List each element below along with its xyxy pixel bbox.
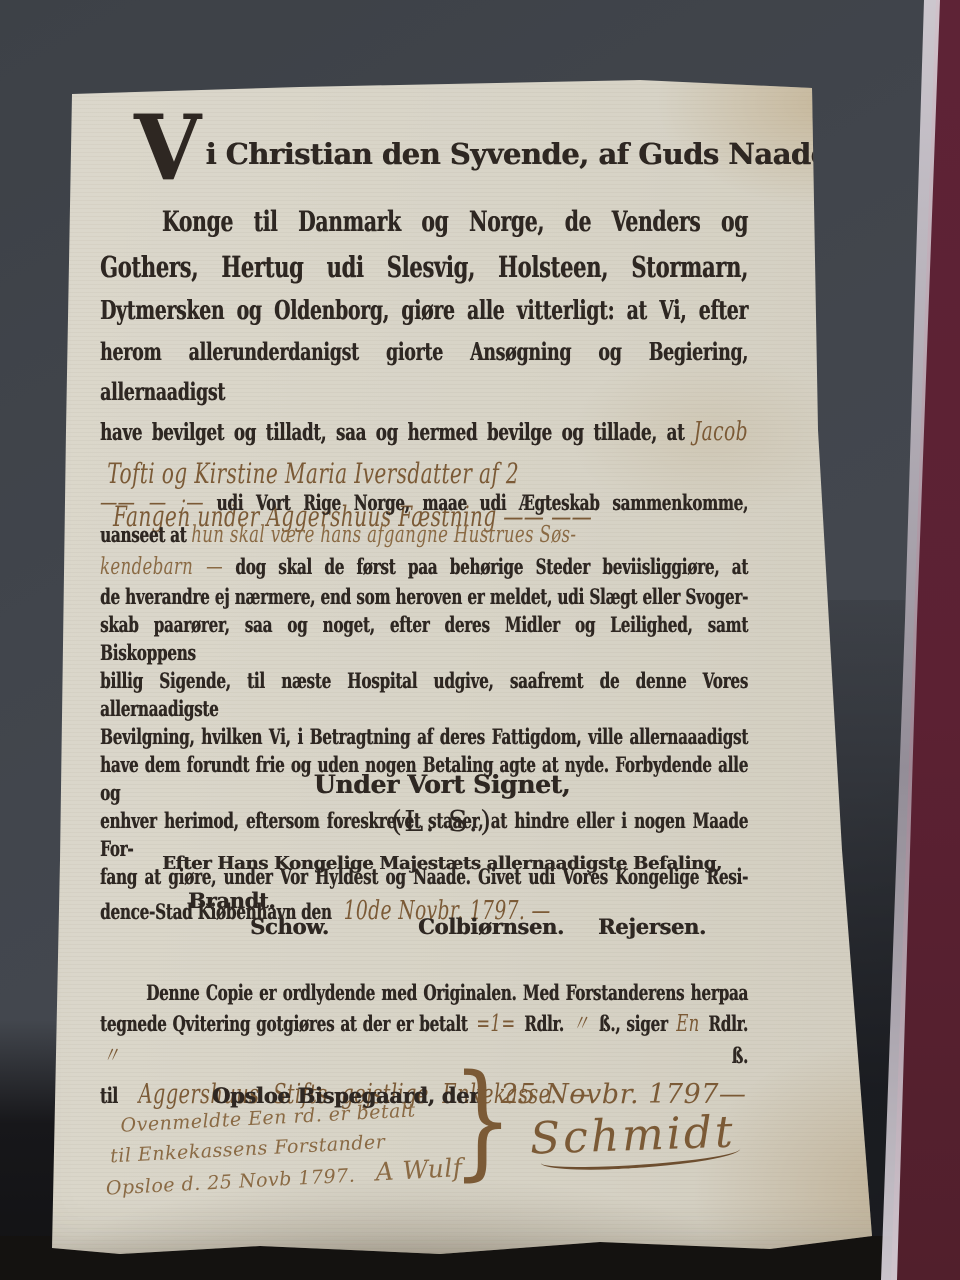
section-signet: Under Vort Signet, (L. S.) Efter Hans Ko… — [100, 770, 748, 944]
signatory-schow: Schow. — [250, 914, 329, 939]
photo-of-framed-document: V i Christian den Syvende, af Guds Naade… — [0, 0, 960, 1280]
body-line-3-handwritten: kendebarn — — [100, 554, 223, 580]
signatory-row: Schow. Colbiørnsen. Rejersen. — [100, 914, 748, 944]
copy-note-line-1: Denne Copie er ordlydende med Originalen… — [100, 978, 748, 1008]
grant-line-printed: have bevilget og tilladt, saa og hermed … — [100, 419, 684, 446]
copy-seg-printed-2: Rdlr. — [524, 1011, 564, 1036]
main-signature-schmidt: Schmidt — [529, 1106, 741, 1171]
locus-sigilli: (L. S.) — [136, 800, 748, 842]
signatory-brandt: Brandt. — [100, 888, 748, 914]
royal-line-3: Dytmersken og Oldenborg, giøre alle vitt… — [100, 290, 748, 332]
copy-seg-printed-4: Rdlr. — [708, 1011, 748, 1036]
body-line-1-printed: udi Vort Rige Norge, maae udi Ægteskab s… — [216, 490, 748, 515]
document-content: V i Christian den Syvende, af Guds Naade… — [100, 0, 748, 1280]
receipt-signature: A Wulf — [375, 1153, 463, 1187]
copy-seg-printed-3: ß., siger — [599, 1011, 668, 1036]
doc-title-text: i Christian den Syvende, af Guds Naade — [205, 112, 828, 169]
royal-line-1: Konge til Danmark og Norge, de Venders o… — [100, 198, 748, 245]
receipt-note: Ovenmeldte Een rd. er betalt til Enkekas… — [102, 1092, 476, 1203]
copy-seg-hw-tick-1: 〃 — [572, 1011, 590, 1037]
body-justified-2: skab paarører, saa og noget, efter deres… — [100, 611, 748, 667]
royal-line-4: herom allerunderdanigst giorte Ansøgning… — [100, 332, 748, 412]
section-royal-header: V i Christian den Syvende, af Guds Naade… — [100, 112, 748, 539]
body-justified-3: billig Sigende, til næste Hospital udgiv… — [100, 667, 748, 723]
body-line-1: —— — ;— udi Vort Rige Norge, maae udi Æg… — [100, 487, 748, 519]
opsloe-date-handwritten: 25 Novbr. 1797— — [501, 1079, 747, 1110]
receipt-brace: } — [452, 1058, 513, 1183]
body-line-2: uanseet at hun skal være hans afgangne H… — [100, 519, 748, 551]
copy-seg-printed-5: ß. — [732, 1043, 748, 1068]
grant-line: have bevilget og tilladt, saa og hermed … — [100, 412, 748, 453]
body-line-2-handwritten: hun skal være hans afgangne Hustrues Søs… — [191, 522, 576, 548]
body-line-3: kendebarn — dog skal de først paa behøri… — [100, 551, 748, 583]
copy-seg-hw-amount: =1= — [476, 1011, 515, 1037]
body-justified-1: de hverandre ej nærmere, end som heroven… — [100, 583, 748, 611]
copy-seg-hw-tick-2: 〃 — [103, 1043, 422, 1069]
signatory-rejersen: Rejersen. — [598, 914, 706, 939]
copy-note-line-2: tegnede Qvitering gotgiøres at der er be… — [100, 1008, 748, 1072]
grant-line-handwritten-name: Jacob — [694, 417, 748, 447]
copy-seg-printed-1: tegnede Qvitering gotgiøres at der er be… — [100, 1011, 468, 1036]
royal-line-2: Gothers, Hertug udi Slesvig, Holsteen, S… — [100, 245, 748, 290]
copy-seg-hw-siger: En — [676, 1011, 699, 1037]
section-foot: Opsloe Bispegaard, den 25 Novbr. 1797— O… — [100, 1078, 800, 1113]
body-justified-4: Bevilgning, hvilken Vi, i Betragtning af… — [100, 723, 748, 751]
doc-title: V i Christian den Syvende, af Guds Naade — [100, 112, 748, 198]
body-line-2-printed: uanseet at — [100, 522, 186, 547]
body-line-1-dashes: —— — ;— — [100, 488, 204, 516]
doc-title-initial: V — [134, 110, 200, 188]
receipt-note-date: Opsloe d. 25 Novb 1797. — [105, 1165, 355, 1200]
signatory-colbiornsen: Colbiørnsen. — [418, 914, 564, 939]
body-line-3-printed: dog skal de først paa behørige Steder be… — [235, 554, 748, 579]
befaling-line: Efter Hans Kongelige Majestæts allernaad… — [136, 852, 748, 876]
signet-line: Under Vort Signet, — [136, 770, 748, 800]
